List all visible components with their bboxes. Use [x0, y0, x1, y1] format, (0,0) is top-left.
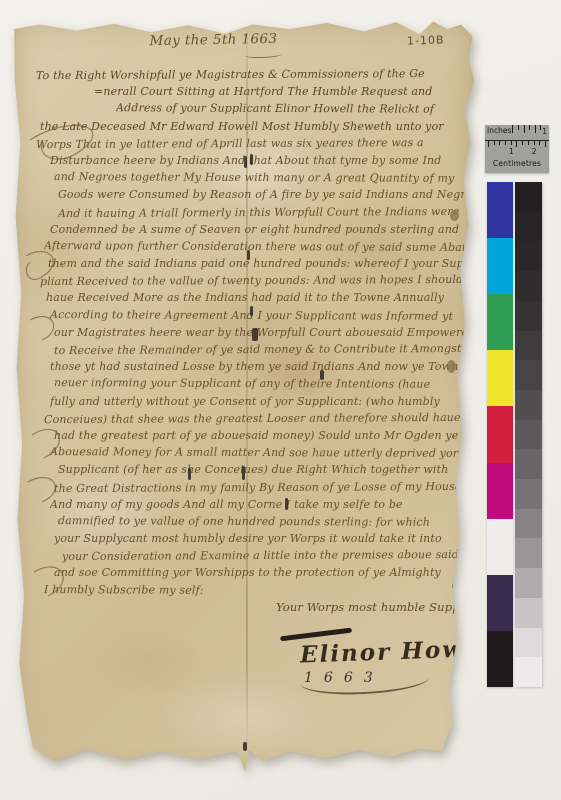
ink-blot [247, 250, 250, 260]
manuscript-line: To the Right Worshipfull ye Magistrates … [36, 65, 464, 84]
gray-step [515, 241, 542, 271]
manuscript-line: I humbly Subscribe my self: [44, 581, 464, 600]
manuscript-line: And it hauing A triall formerly in this … [58, 202, 464, 221]
gray-step [515, 331, 542, 361]
manuscript-line: haue Received More as the Indians had pa… [46, 289, 464, 306]
gray-step [515, 212, 542, 242]
gray-step [515, 479, 542, 509]
inch-ticks [512, 125, 541, 133]
color-patch [487, 519, 513, 575]
manuscript-paper-wrap: May the 5th 1663 1-10B To the Right Wors… [12, 20, 475, 777]
manuscript-line: pliant Received to the vallue of twenty … [40, 271, 464, 290]
ink-blot [188, 468, 191, 480]
gray-step [515, 449, 542, 479]
calibration-color-patches [487, 182, 513, 687]
cm-number-2: 2 [532, 147, 537, 158]
gray-step [515, 509, 542, 539]
manuscript-line: =nerall Court Sitting at Hartford The Hu… [94, 83, 464, 100]
ink-blot [252, 328, 258, 341]
ink-blot [243, 742, 247, 751]
ink-blot [285, 498, 288, 510]
document-date-heading: May the 5th 1663 [0, 28, 445, 52]
torn-edge-hole [447, 360, 456, 373]
manuscript-line: Condemned be A sume of Seaven or eight h… [50, 221, 464, 238]
manuscript-line: According to theire Agreement And I your… [50, 306, 464, 325]
gray-step [515, 182, 542, 212]
manuscript-line: had the greatest part of ye abouesaid mo… [54, 427, 464, 444]
color-patch [487, 463, 513, 519]
manuscript-line: fully and utterly without ye Consent of … [50, 393, 464, 410]
ink-blot [250, 154, 253, 165]
calibration-gray-wedge [515, 182, 542, 687]
gray-step [515, 301, 542, 331]
gray-step [515, 598, 542, 628]
manuscript-line: Conceiues) that shee was the greatest Lo… [44, 409, 464, 428]
manuscript-line: Address of your Supplicant Elinor Howell… [116, 100, 464, 119]
manuscript-line: to Receive the Remainder of ye said mone… [54, 340, 464, 359]
gray-step [515, 360, 542, 390]
archive-folio-mark: 1-10B [407, 33, 445, 47]
manuscript-line: the Late Deceased Mr Edward Howell Most … [40, 118, 464, 135]
color-patch [487, 406, 513, 462]
gray-step [515, 568, 542, 598]
photograph-background: May the 5th 1663 1-10B To the Right Wors… [0, 0, 561, 800]
manuscript-line: Disturbance heere by Indians And that Ab… [50, 152, 464, 169]
manuscript-line: Abouesaid Money for A small matter And s… [50, 443, 464, 462]
manuscript-line: the Great Distractions in my family By R… [54, 477, 464, 496]
ink-blot [250, 306, 253, 316]
signature-pen-stroke [280, 628, 352, 641]
heading-underline-flourish [244, 50, 282, 58]
calibration-ruler: Inches 1 1 2 Centimetres [485, 125, 549, 173]
manuscript-line: neuer informing your Supplicant of any o… [54, 374, 464, 393]
inch-number: 1 [541, 125, 549, 136]
manuscript-line: Your Worps most humble Supplyant [276, 599, 464, 616]
gray-step [515, 271, 542, 301]
color-patch [487, 350, 513, 406]
manuscript-line: those yt had sustained Losse by them ye … [50, 358, 464, 375]
manuscript-line: our Magistrates heere wear by the Worpfu… [54, 324, 464, 341]
color-patch [487, 575, 513, 631]
manuscript-line: Afterward upon further Consideration the… [44, 237, 464, 256]
manuscript-line: and soe Committing yor Worshipps to the … [54, 564, 464, 581]
gray-step [515, 420, 542, 450]
gray-step [515, 390, 542, 420]
manuscript-line: your Supplycant most humbly desire yor W… [54, 530, 464, 547]
gray-step [515, 657, 542, 687]
manuscript-line: and Negroes together My House with many … [54, 168, 464, 187]
color-patch [487, 294, 513, 350]
signature: Elinor Howell [300, 634, 503, 668]
signature-date: 1663 [304, 670, 384, 686]
manuscript-line: Goods were Consumed by Reason of A fire … [58, 186, 464, 203]
ink-blot [320, 370, 324, 380]
gray-step [515, 538, 542, 568]
manuscript-line: And many of my goods And all my Corne I … [50, 496, 464, 513]
ink-blot [244, 156, 247, 168]
ink-blot [242, 466, 245, 480]
inches-label: Inches [485, 125, 512, 135]
torn-edge-hole [452, 582, 459, 591]
manuscript-line: damnified to ye vallue of one hundred po… [58, 512, 464, 531]
center-fold-crease [246, 28, 248, 759]
color-patch [487, 631, 513, 687]
color-patch [487, 238, 513, 294]
manuscript-line: Worps That in ye latter end of Aprill la… [36, 134, 464, 153]
manuscript-paper: May the 5th 1663 1-10B To the Right Wors… [12, 20, 475, 777]
centimetres-label: Centimetres [485, 158, 549, 169]
cm-number-1: 1 [509, 147, 514, 158]
torn-edge-hole [450, 210, 459, 221]
manuscript-line: them and the said Indians paid one hundr… [48, 255, 464, 272]
manuscript-line: your Consideration and Examine a little … [62, 546, 464, 565]
cm-numbers: 1 2 [485, 147, 549, 158]
color-patch [487, 182, 513, 238]
gray-step [515, 628, 542, 658]
manuscript-line: Supplicant (of her as she Conceiues) due… [58, 461, 464, 478]
